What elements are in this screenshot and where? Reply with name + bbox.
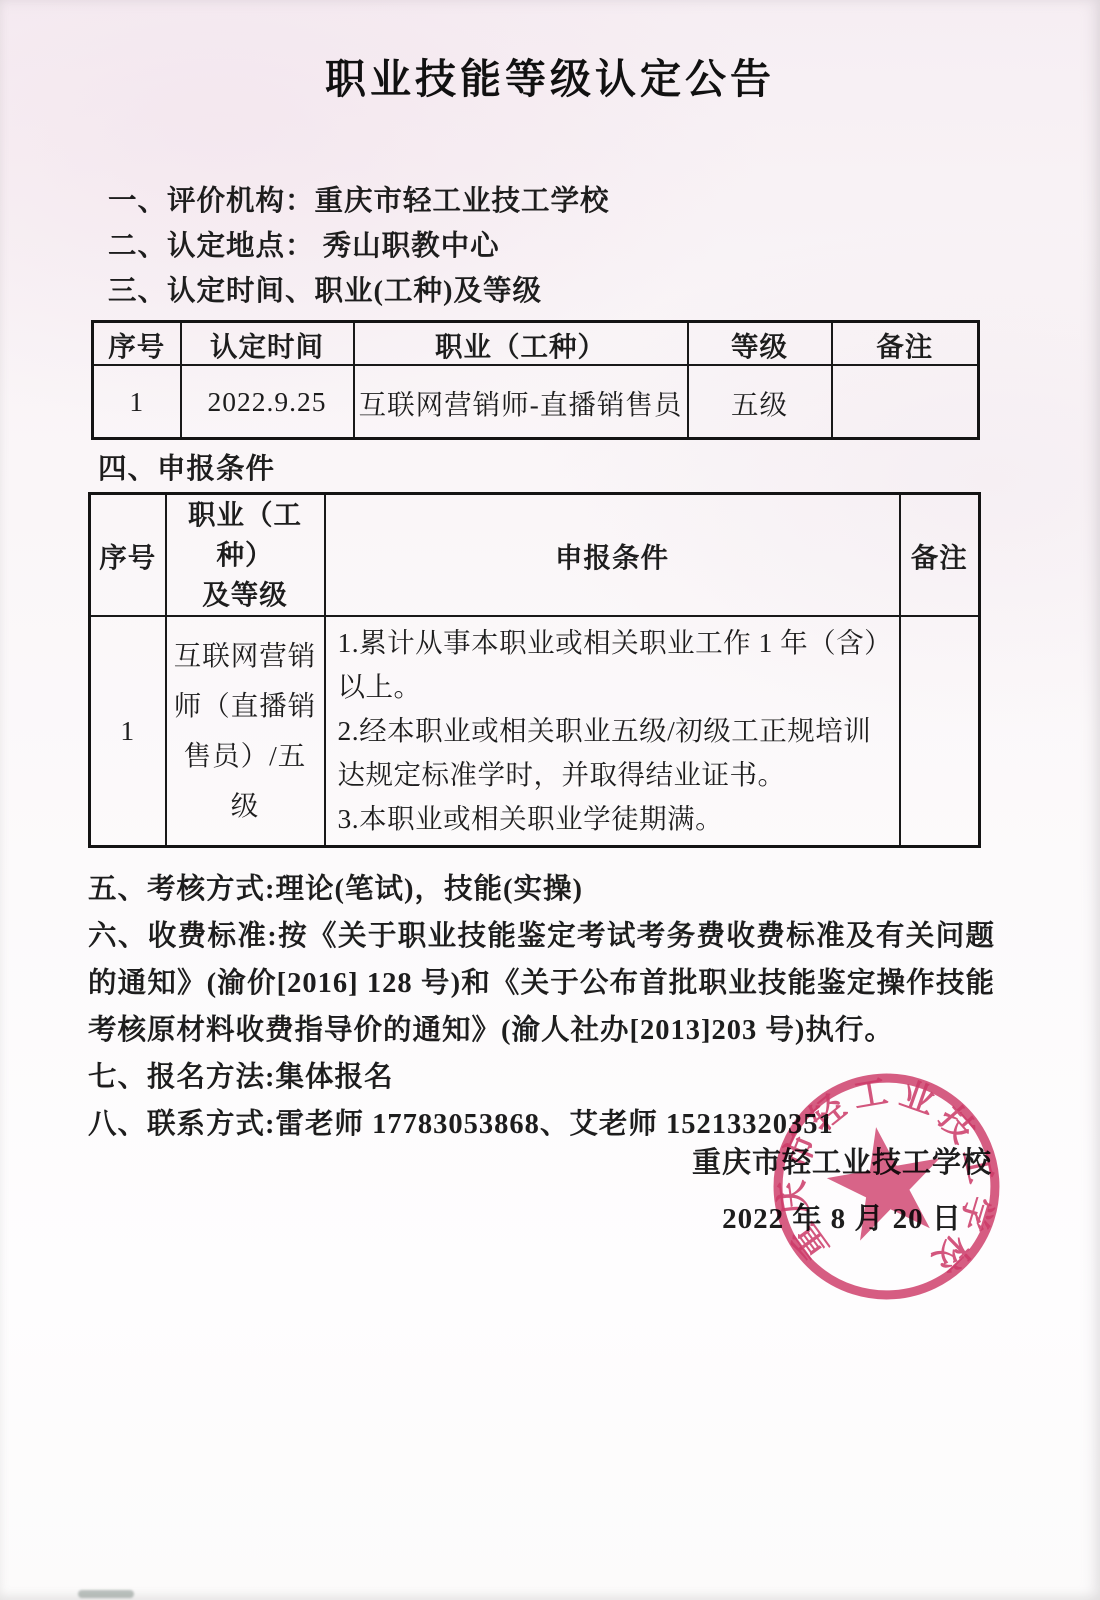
conditions-cell-conditions: 1.累计从事本职业或相关职业工作 1 年（含）以上。 2.经本职业或相关职业五级…: [325, 616, 900, 847]
schedule-data-row: 1 2022.9.25 互联网营销师-直播销售员 五级: [93, 365, 979, 439]
schedule-header-no: 序号: [93, 322, 181, 366]
conditions-header-conditions: 申报条件: [325, 494, 900, 617]
item-evaluation-org: 一、评价机构：重庆市轻工业技工学校: [108, 179, 1100, 224]
scan-smudge: [78, 1590, 134, 1598]
schedule-cell-no: 1: [93, 365, 181, 439]
condition-item-2: 2.经本职业或相关职业五级/初级工正规培训达规定标准学时，并取得结业证书。: [338, 709, 889, 797]
conditions-cell-no: 1: [90, 616, 166, 847]
schedule-header-date: 认定时间: [181, 322, 354, 366]
item-registration-method: 七、报名方法:集体报名: [88, 1054, 995, 1101]
schedule-cell-occupation: 互联网营销师-直播销售员: [354, 365, 688, 439]
intro-section: 一、评价机构：重庆市轻工业技工学校 二、认定地点： 秀山职教中心 三、认定时间、…: [108, 179, 1100, 314]
schedule-header-note: 备注: [832, 322, 979, 366]
page-title: 职业技能等级认定公告: [0, 46, 1100, 105]
item-contact-info: 八、联系方式:雷老师 17783053868、艾老师 15213320351: [88, 1101, 995, 1148]
conditions-cell-occupation: 互联网营销师（直播销售员）/五级: [166, 616, 325, 847]
conditions-header-row: 序号 职业（工种） 及等级 申报条件 备注: [90, 494, 980, 617]
schedule-header-level: 等级: [688, 322, 832, 366]
schedule-table: 序号 认定时间 职业（工种） 等级 备注 1 2022.9.25 互联网营销师-…: [91, 320, 980, 440]
conditions-header-occupation: 职业（工种） 及等级: [166, 494, 325, 617]
conditions-cell-note: [900, 616, 980, 847]
conditions-header-occupation-line1: 职业（工种）: [167, 495, 324, 575]
body-sections: 五、考核方式:理论(笔试)，技能(实操) 六、收费标准:按《关于职业技能鉴定考试…: [88, 866, 995, 1148]
signature-block: 重庆市轻工业技工学校 2022 年 8 月 20 日: [692, 1146, 992, 1236]
condition-item-1: 1.累计从事本职业或相关职业工作 1 年（含）以上。: [338, 621, 889, 709]
item-schedule-heading: 三、认定时间、职业(工种)及等级: [108, 269, 1100, 314]
schedule-header-row: 序号 认定时间 职业（工种） 等级 备注: [93, 322, 979, 366]
item-fee-standard: 六、收费标准:按《关于职业技能鉴定考试考务费收费标准及有关问题的通知》(渝价[2…: [88, 913, 995, 1054]
conditions-header-note: 备注: [900, 494, 980, 617]
conditions-header-no: 序号: [90, 494, 166, 617]
schedule-cell-level: 五级: [688, 365, 832, 439]
conditions-header-occupation-line2: 及等级: [167, 575, 324, 615]
signature-date: 2022 年 8 月 20 日: [692, 1202, 992, 1236]
item-assessment-method: 五、考核方式:理论(笔试)，技能(实操): [88, 866, 995, 913]
signature-org: 重庆市轻工业技工学校: [692, 1146, 992, 1180]
item-conditions-heading: 四、申报条件: [98, 452, 1100, 488]
item-location: 二、认定地点： 秀山职教中心: [108, 224, 1100, 269]
condition-item-3: 3.本职业或相关职业学徒期满。: [338, 797, 889, 841]
schedule-cell-note: [832, 365, 979, 439]
schedule-cell-date: 2022.9.25: [181, 365, 354, 439]
schedule-header-occupation: 职业（工种）: [354, 322, 688, 366]
conditions-table: 序号 职业（工种） 及等级 申报条件 备注 1 互联网营销师（直播销售员）/五级…: [88, 492, 981, 848]
document-page: 职业技能等级认定公告 一、评价机构：重庆市轻工业技工学校 二、认定地点： 秀山职…: [0, 0, 1100, 1600]
conditions-data-row: 1 互联网营销师（直播销售员）/五级 1.累计从事本职业或相关职业工作 1 年（…: [90, 616, 980, 847]
